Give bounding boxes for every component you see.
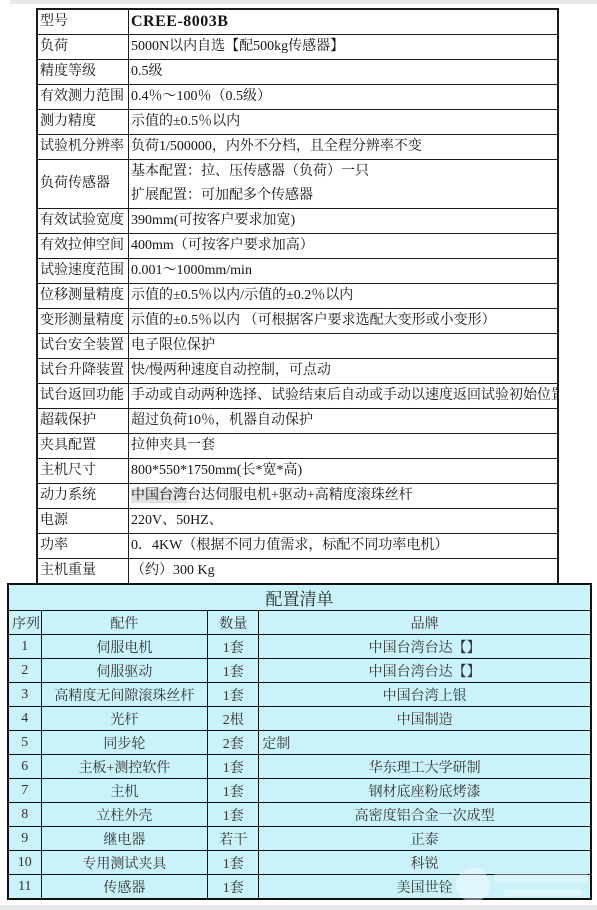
spec-row: 超载保护超过负荷10％，机器自动保护: [37, 409, 558, 434]
spec-label: 负荷传感器: [37, 160, 129, 209]
spec-value: 示值的±0.5％以内: [129, 110, 559, 135]
bottom-edge-strip: [0, 905, 597, 910]
spec-label: 变形测量精度: [37, 309, 129, 334]
page: 型号CREE-8003B负荷5000N以内自选【配500kg传感器】精度等级0.…: [0, 0, 597, 910]
spec-label: 负荷: [37, 35, 129, 60]
config-row: 11传感器1套美国世铨: [8, 875, 591, 900]
config-cell-qty: 1套: [208, 635, 259, 659]
spec-row: 试台返回功能手动或自动两种选择、试验结束后自动或手动以速度返回试验初始位置: [37, 384, 558, 409]
config-cell-seq: 1: [8, 635, 41, 659]
config-row: 7主机1套钢材底座粉底烤漆: [8, 779, 591, 803]
spec-value: 0.001～1000mm/min: [129, 259, 559, 284]
config-cell-seq: 2: [8, 659, 41, 683]
config-cell-seq: 3: [8, 683, 41, 707]
spec-row: 试验速度范围0.001～1000mm/min: [37, 259, 558, 284]
spec-label: 电源: [37, 509, 129, 534]
spec-row: 动力系统中国台湾台达伺服电机+驱动+高精度滚珠丝杆: [37, 484, 558, 509]
spec-label: 试验速度范围: [37, 259, 129, 284]
spec-value: 0.5级: [129, 60, 559, 85]
config-cell-seq: 4: [8, 707, 41, 731]
spec-row: 主机尺寸800*550*1750mm(长*宽*高): [37, 459, 558, 484]
config-cell-brand: 中国制造: [259, 707, 591, 731]
spec-row: 位移测量精度示值的±0.5％以内/示值的±0.2％以内: [37, 284, 558, 309]
spec-row: 试台升降装置快/慢两种速度自动控制，可点动: [37, 359, 558, 384]
spec-row: 电源220V、50HZ、: [37, 509, 558, 534]
config-cell-qty: 1套: [208, 659, 259, 683]
config-row: 10专用测试夹具1套科锐: [8, 851, 591, 875]
spec-label: 型号: [37, 9, 129, 35]
spec-value: 示值的±0.5％以内/示值的±0.2％以内: [129, 284, 559, 309]
spec-label: 主机重量: [37, 559, 129, 585]
spec-value: 负荷1/500000，内外不分档，且全程分辨率不变: [129, 135, 559, 160]
config-cell-part: 专用测试夹具: [41, 851, 208, 875]
config-title-row: 配置清单: [8, 584, 591, 611]
config-cell-seq: 7: [8, 779, 41, 803]
spec-label: 超载保护: [37, 409, 129, 434]
config-row: 6主板+测控软件1套华东理工大学研制: [8, 755, 591, 779]
config-header-row: 序列配件数量品牌: [8, 611, 591, 635]
config-cell-brand: 正泰: [259, 827, 591, 851]
config-cell-qty: 1套: [208, 875, 259, 900]
config-cell-part: 主机: [41, 779, 208, 803]
spec-label: 有效测力范围: [37, 85, 129, 110]
config-cell-part: 同步轮: [41, 731, 208, 755]
config-cell-seq: 10: [8, 851, 41, 875]
config-cell-qty: 2套: [208, 731, 259, 755]
config-cell-seq: 8: [8, 803, 41, 827]
config-cell-part: 立柱外壳: [41, 803, 208, 827]
config-header-cell: 数量: [208, 611, 259, 635]
spec-value: 基本配置：拉、压传感器（负荷）一只扩展配置：可加配多个传感器: [129, 160, 559, 209]
spec-label: 功率: [37, 534, 129, 559]
spec-label: 位移测量精度: [37, 284, 129, 309]
spec-row: 主机重量（约）300 Kg: [37, 559, 558, 585]
spec-row: 变形测量精度示值的±0.5％以内 （可根据客户要求选配大变形或小变形）: [37, 309, 558, 334]
spec-value: CREE-8003B: [129, 9, 559, 35]
spec-table: 型号CREE-8003B负荷5000N以内自选【配500kg传感器】精度等级0.…: [36, 8, 559, 585]
spec-value: 中国台湾台达伺服电机+驱动+高精度滚珠丝杆: [129, 484, 559, 509]
config-cell-seq: 11: [8, 875, 41, 900]
config-row: 2伺服驱动1套中国台湾台达【】: [8, 659, 591, 683]
config-cell-brand: 科锐: [259, 851, 591, 875]
config-cell-seq: 9: [8, 827, 41, 851]
spec-value: 0．4KW（根据不同力值需求，标配不同功率电机）: [129, 534, 559, 559]
config-row: 5同步轮2套定制: [8, 731, 591, 755]
config-cell-brand: 美国世铨: [259, 875, 591, 900]
spec-label: 试验机分辨率: [37, 135, 129, 160]
spec-value-line: 基本配置：拉、压传感器（负荷）一只: [131, 160, 555, 184]
spec-label: 测力精度: [37, 110, 129, 135]
spec-row: 有效测力范围0.4％～100％（0.5级）: [37, 85, 558, 110]
config-cell-part: 传感器: [41, 875, 208, 900]
config-cell-part: 伺服电机: [41, 635, 208, 659]
config-cell-qty: 1套: [208, 683, 259, 707]
spec-row: 功率0．4KW（根据不同力值需求，标配不同功率电机）: [37, 534, 558, 559]
spec-row: 夹具配置拉伸夹具一套: [37, 434, 558, 459]
config-cell-brand: 中国台湾上银: [259, 683, 591, 707]
spec-row: 负荷5000N以内自选【配500kg传感器】: [37, 35, 558, 60]
config-cell-part: 主板+测控软件: [41, 755, 208, 779]
config-cell-brand: 定制: [259, 731, 591, 755]
spec-label: 有效拉伸空间: [37, 234, 129, 259]
spec-row: 型号CREE-8003B: [37, 9, 558, 35]
config-cell-brand: 中国台湾台达【】: [259, 635, 591, 659]
spec-value: 手动或自动两种选择、试验结束后自动或手动以速度返回试验初始位置: [129, 384, 559, 409]
spec-value: 拉伸夹具一套: [129, 434, 559, 459]
config-cell-qty: 1套: [208, 851, 259, 875]
config-cell-qty: 1套: [208, 755, 259, 779]
spec-value: 400mm（可按客户要求加高）: [129, 234, 559, 259]
config-row: 9继电器若干正泰: [8, 827, 591, 851]
spec-label: 试台安全装置: [37, 334, 129, 359]
spec-value: 示值的±0.5％以内 （可根据客户要求选配大变形或小变形）: [129, 309, 559, 334]
config-table: 配置清单序列配件数量品牌1伺服电机1套中国台湾台达【】2伺服驱动1套中国台湾台达…: [7, 583, 592, 900]
spec-row: 测力精度示值的±0.5％以内: [37, 110, 558, 135]
config-cell-qty: 2根: [208, 707, 259, 731]
spec-label: 夹具配置: [37, 434, 129, 459]
spec-value: 快/慢两种速度自动控制，可点动: [129, 359, 559, 384]
config-row: 4光杆2根中国制造: [8, 707, 591, 731]
config-cell-qty: 1套: [208, 803, 259, 827]
spec-label: 试台返回功能: [37, 384, 129, 409]
config-cell-qty: 1套: [208, 779, 259, 803]
config-cell-brand: 高密度铝合金一次成型: [259, 803, 591, 827]
config-header-cell: 品牌: [259, 611, 591, 635]
highlighted-text: 中国台湾: [131, 488, 187, 503]
spec-row: 试验机分辨率负荷1/500000，内外不分档，且全程分辨率不变: [37, 135, 558, 160]
spec-value: 390mm(可按客户要求加宽): [129, 209, 559, 234]
spec-label: 试台升降装置: [37, 359, 129, 384]
config-cell-brand: 华东理工大学研制: [259, 755, 591, 779]
spec-value: 超过负荷10％，机器自动保护: [129, 409, 559, 434]
config-cell-brand: 钢材底座粉底烤漆: [259, 779, 591, 803]
spec-row: 有效试验宽度390mm(可按客户要求加宽): [37, 209, 558, 234]
config-cell-part: 伺服驱动: [41, 659, 208, 683]
spec-label: 主机尺寸: [37, 459, 129, 484]
spec-row: 试台安全装置电子限位保护: [37, 334, 558, 359]
spec-value: （约）300 Kg: [129, 559, 559, 585]
config-cell-seq: 5: [8, 731, 41, 755]
config-header-cell: 序列: [8, 611, 41, 635]
spec-table-body: 型号CREE-8003B负荷5000N以内自选【配500kg传感器】精度等级0.…: [37, 9, 558, 584]
spec-row: 有效拉伸空间400mm（可按客户要求加高）: [37, 234, 558, 259]
spec-value-line: 扩展配置：可加配多个传感器: [131, 184, 555, 208]
config-table-body: 配置清单序列配件数量品牌1伺服电机1套中国台湾台达【】2伺服驱动1套中国台湾台达…: [8, 584, 591, 899]
spec-value: 220V、50HZ、: [129, 509, 559, 534]
config-row: 3高精度无间隙滚珠丝杆1套中国台湾上银: [8, 683, 591, 707]
config-table-title: 配置清单: [8, 584, 591, 611]
spec-value: 800*550*1750mm(长*宽*高): [129, 459, 559, 484]
top-edge-strip: [10, 0, 597, 4]
spec-row: 精度等级0.5级: [37, 60, 558, 85]
config-row: 8立柱外壳1套高密度铝合金一次成型: [8, 803, 591, 827]
spec-label: 动力系统: [37, 484, 129, 509]
spec-label: 精度等级: [37, 60, 129, 85]
config-cell-part: 继电器: [41, 827, 208, 851]
spec-label: 有效试验宽度: [37, 209, 129, 234]
config-cell-part: 光杆: [41, 707, 208, 731]
config-cell-seq: 6: [8, 755, 41, 779]
config-cell-part: 高精度无间隙滚珠丝杆: [41, 683, 208, 707]
spec-value: 电子限位保护: [129, 334, 559, 359]
config-cell-brand: 中国台湾台达【】: [259, 659, 591, 683]
spec-value: 5000N以内自选【配500kg传感器】: [129, 35, 559, 60]
config-cell-qty: 若干: [208, 827, 259, 851]
config-row: 1伺服电机1套中国台湾台达【】: [8, 635, 591, 659]
spec-value: 0.4％～100％（0.5级）: [129, 85, 559, 110]
config-header-cell: 配件: [41, 611, 208, 635]
spec-row: 负荷传感器基本配置：拉、压传感器（负荷）一只扩展配置：可加配多个传感器: [37, 160, 558, 209]
